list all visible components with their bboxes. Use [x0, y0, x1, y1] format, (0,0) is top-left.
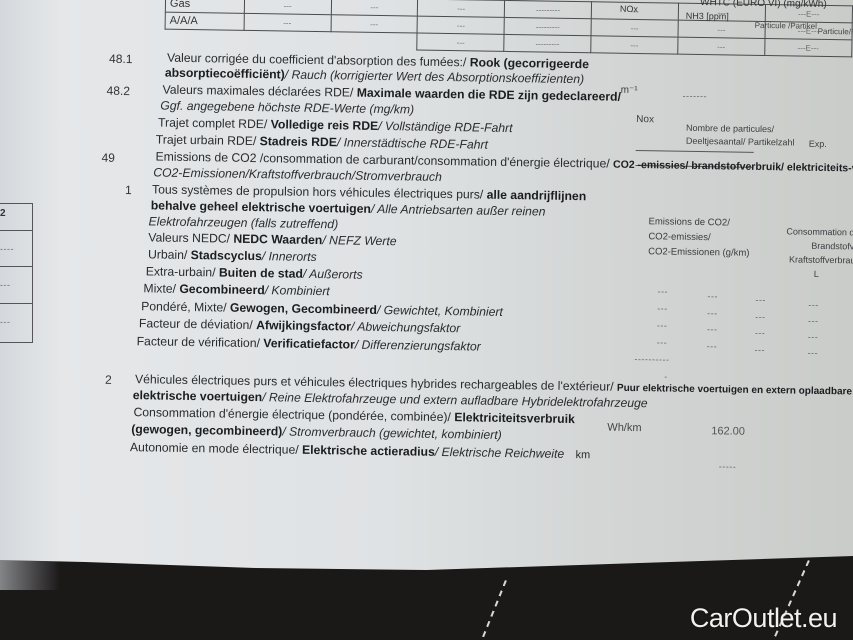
fuel-unit: L — [814, 269, 819, 279]
particle-header-2: Particule/Partikel — [818, 27, 853, 37]
rde-complete-value-line — [636, 150, 754, 153]
particles-col-label: Nombre de particules/ — [686, 123, 774, 134]
nh3-header: NH3 [ppm] — [686, 11, 729, 22]
watermark-logo: CarOutlet.eu — [690, 603, 837, 634]
left-page-table: 2 ---- --- --- — [0, 203, 33, 343]
section-number: 49 — [101, 151, 115, 165]
s48-2-line2: Ggf. angegebene höchste RDE-Werte (mg/km… — [160, 99, 414, 117]
electric-consumption-row-2: (gewogen, gecombineerd)/ Stromverbrauch … — [131, 422, 502, 442]
fuel-col-label-3: Kraftstoffverbrauch — [789, 254, 853, 265]
rde-row: Trajet urbain RDE/ Stadreis RDE/ Innerst… — [156, 132, 488, 151]
consumption-value: 162.00 — [711, 425, 745, 438]
s48-1-unit: m⁻¹ — [621, 85, 638, 96]
s49-line2: CO2-Emissionen/Kraftstoffverbrauch/Strom… — [153, 165, 442, 184]
subsection-number: 1 — [125, 183, 132, 197]
co2-col-label-2: CO2-emissies/ — [648, 231, 710, 243]
registration-document: Gas --- --- --- --------- --- --- ---E--… — [0, 0, 853, 573]
fuel-col-label: Consommation de carburant/ — [786, 226, 853, 238]
range-value: ----- — [719, 461, 737, 471]
consumption-unit: Wh/km — [607, 422, 641, 435]
co2-col-label-3: CO2-Emissionen (g/km) — [648, 246, 750, 259]
left-table-header: 2 — [0, 208, 6, 219]
nedc-heading: Valeurs NEDC/ NEDC Waarden/ NEFZ Werte — [148, 230, 397, 248]
fuel-col-label-2: Brandstofverbruik/ — [811, 241, 853, 252]
range-unit: km — [575, 449, 590, 461]
row-label: A/A/A — [165, 12, 244, 30]
nedc-row-combined: Mixte/ Gecombineerd/ Kombiniert — [143, 281, 329, 298]
s48-1-value: ------- — [683, 91, 708, 101]
rde-row: Trajet complet RDE/ Volledige reis RDE/ … — [158, 115, 513, 135]
s49-1-line3: Elektrofahrzeugen (falls zutreffend) — [148, 214, 338, 231]
nedc-row-urban: Urbain/ Stadscyclus/ Innerorts — [148, 247, 317, 264]
nox-col-label: Nox — [636, 114, 654, 125]
section-number: 48.2 — [106, 84, 130, 98]
particle-header: Particule /Partikel — [755, 21, 817, 31]
nedc-row-extra-urban: Extra-urbain/ Buiten de stad/ Außerorts — [146, 264, 363, 281]
subsection-number: 2 — [105, 373, 112, 387]
deviation-factor-row: Facteur de déviation/ Afwijkingsfactor/ … — [139, 316, 461, 335]
verification-factor-row: Facteur de vérification/ Verificatiefact… — [137, 334, 481, 353]
seat-stitching — [479, 580, 507, 640]
section-number: 48.1 — [109, 52, 133, 66]
particles-col-label-2: Deeltjesaantal/ Partikelzahl — [686, 136, 795, 148]
co2-col-label: Emissions de CO2/ — [649, 216, 730, 228]
nox-header: NOx — [620, 4, 638, 14]
electric-range-row: Autonomie en mode électrique/ Elektrisch… — [130, 440, 590, 461]
exp-col-label: Exp. — [809, 139, 827, 149]
nedc-row-weighted: Pondéré, Mixte/ Gewogen, Gecombineerd/ G… — [141, 299, 503, 319]
